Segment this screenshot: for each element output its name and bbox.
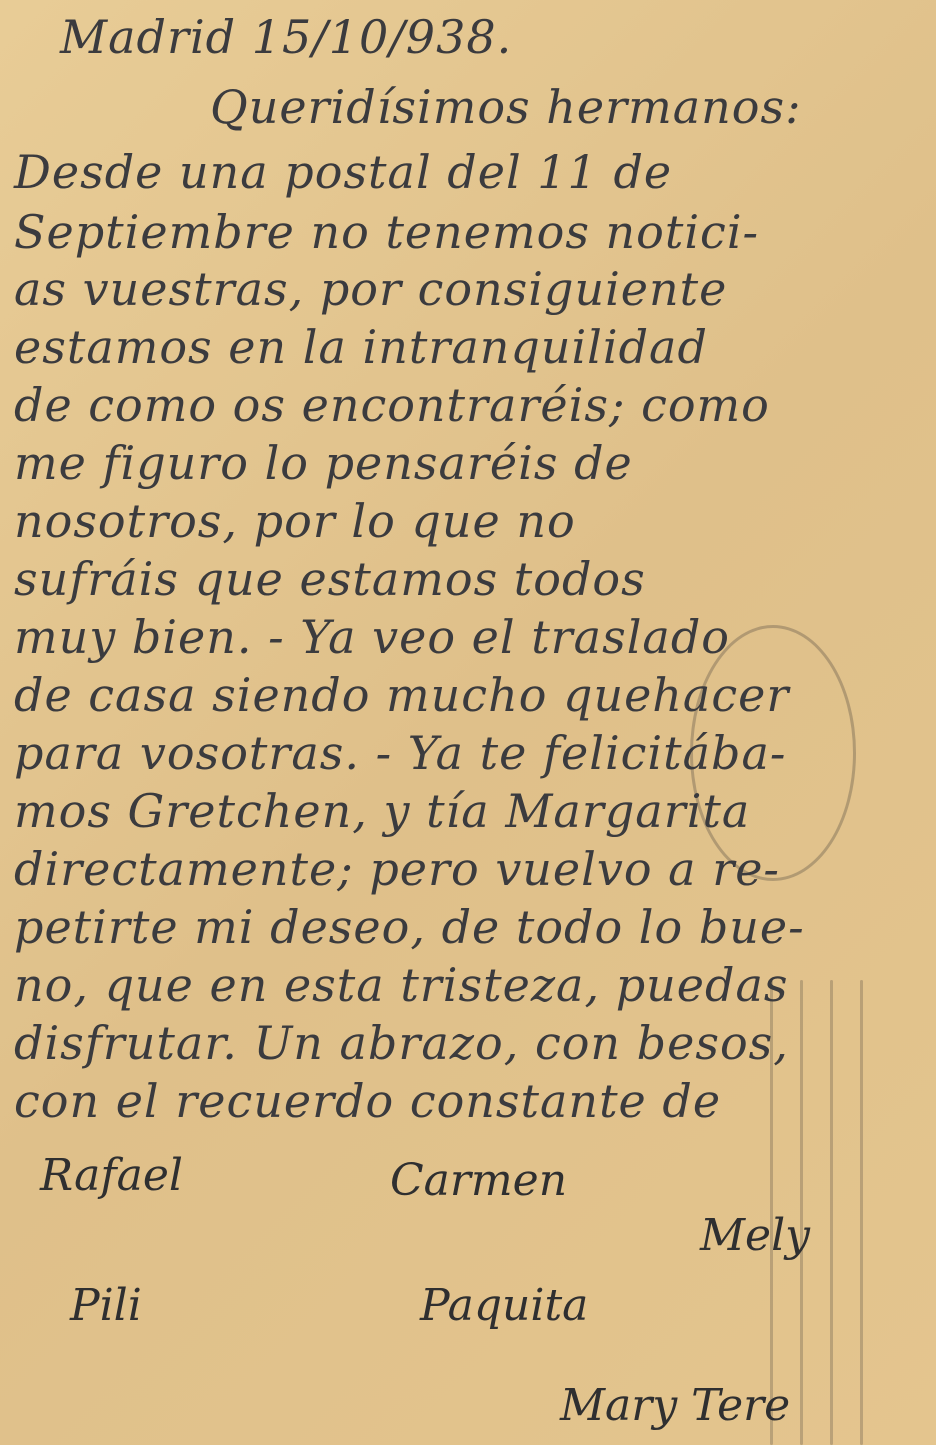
- letter-salutation: Queridísimos hermanos:: [210, 80, 802, 134]
- cancel-line: [860, 980, 863, 1445]
- letter-line: estamos en la intranquilidad: [14, 320, 708, 374]
- letter-line: mos Gretchen, y tía Margarita: [14, 784, 750, 838]
- letter-line: para vosotras. - Ya te felicitába-: [14, 726, 786, 780]
- letter-heading: Madrid 15/10/938.: [60, 10, 512, 64]
- signature-carmen: Carmen: [390, 1155, 567, 1206]
- letter-line: Desde una postal del 11 de: [14, 145, 672, 199]
- signature-paquita: Paquita: [420, 1280, 588, 1331]
- signature-rafael: Rafael: [40, 1150, 183, 1201]
- cancel-line: [830, 980, 833, 1445]
- letter-line: sufráis que estamos todos: [14, 552, 646, 606]
- signature-mely: Mely: [700, 1210, 810, 1261]
- letter-line: as vuestras, por consiguiente: [14, 262, 727, 316]
- letter-line: petirte mi deseo, de todo lo bue-: [14, 900, 805, 954]
- letter-line: no, que en esta tristeza, puedas: [14, 958, 789, 1012]
- letter-line: muy bien. - Ya veo el traslado: [14, 610, 730, 664]
- letter-line: me figuro lo pensaréis de: [14, 436, 633, 490]
- letter-line: directamente; pero vuelvo a re-: [14, 842, 780, 896]
- letter-line: de como os encontraréis; como: [14, 378, 770, 432]
- signature-mary-tere: Mary Tere: [560, 1380, 790, 1431]
- letter-line: con el recuerdo constante de: [14, 1074, 721, 1128]
- letter-line: nosotros, por lo que no: [14, 494, 576, 548]
- letter-line: Septiembre no tenemos notici-: [14, 205, 759, 259]
- letter-line: de casa siendo mucho quehacer: [14, 668, 789, 722]
- letter-line: disfrutar. Un abrazo, con besos,: [14, 1016, 789, 1070]
- signature-pili: Pili: [70, 1280, 142, 1331]
